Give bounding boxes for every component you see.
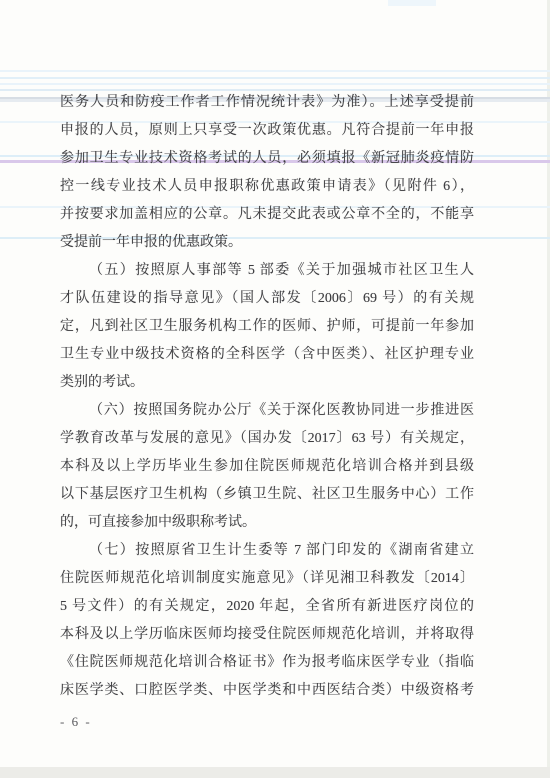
text-line: 才队伍建设的指导意见》（国人部发〔2006〕69 号）的有关规	[60, 285, 474, 313]
text-line: 以下基层医疗卫生机构（乡镇卫生院、社区卫生服务中心）工作	[60, 481, 474, 509]
text-line: 类别的考试。	[60, 369, 474, 397]
text-line: 床医学类、口腔医学类、中医学类和中西医结合类）中级资格考	[60, 677, 474, 705]
text-line: 定，凡到社区卫生服务机构工作的医师、护师，可提前一年参加	[60, 313, 474, 341]
text-line: 本科及以上学历毕业生参加住院医师规范化培训合格并到县级	[60, 453, 474, 481]
text-line: 住院医师规范化培训制度实施意见》（详见湘卫科教发〔2014〕	[60, 565, 474, 593]
text-line: （五）按照原人事部等 5 部委《关于加强城市社区卫生人	[60, 257, 474, 285]
page-number: - 6 -	[60, 714, 92, 730]
text-line: 申报的人员，原则上只享受一次政策优惠。凡符合提前一年申报	[60, 117, 474, 145]
text-line: 的，可直接参加中级职称考试。	[60, 509, 474, 537]
document-body-text: 医务人员和防疫工作者工作情况统计表》为准）。上述享受提前申报的人员，原则上只享受…	[60, 89, 474, 705]
text-line: 控一线专业技术人员申报职称优惠政策申请表》（见附件 6），	[60, 173, 474, 201]
text-line: 受提前一年申报的优惠政策。	[60, 229, 474, 257]
text-line: 本科及以上学历临床医师均接受住院医师规范化培训，并将取得	[60, 621, 474, 649]
text-line: 学教育改革与发展的意见》（国办发〔2017〕63 号）有关规定，	[60, 425, 474, 453]
text-line: 并按要求加盖相应的公章。凡未提交此表或公章不全的，不能享	[60, 201, 474, 229]
text-line: 医务人员和防疫工作者工作情况统计表》为准）。上述享受提前	[60, 89, 474, 117]
document-page: 医务人员和防疫工作者工作情况统计表》为准）。上述享受提前申报的人员，原则上只享受…	[0, 0, 550, 778]
scan-artifact-band	[0, 767, 550, 778]
text-line: 参加卫生专业技术资格考试的人员，必须填报《新冠肺炎疫情防	[60, 145, 474, 173]
scan-artifact-smudge	[388, 0, 436, 6]
scan-artifact-line	[0, 83, 550, 85]
text-line: 5 号文件）的有关规定，2020 年起，全省所有新进医疗岗位的	[60, 593, 474, 621]
text-line: 《住院医师规范化培训合格证书》作为报考临床医学专业（指临	[60, 649, 474, 677]
text-line: 卫生专业中级技术资格的全科医学（含中医类）、社区护理专业	[60, 341, 474, 369]
text-line: （七）按照原省卫生计生委等 7 部门印发的《湖南省建立	[60, 537, 474, 565]
scan-artifact-line	[0, 70, 550, 72]
text-line: （六）按照国务院办公厅《关于深化医教协同进一步推进医	[60, 397, 474, 425]
scan-artifact-line	[0, 77, 550, 79]
